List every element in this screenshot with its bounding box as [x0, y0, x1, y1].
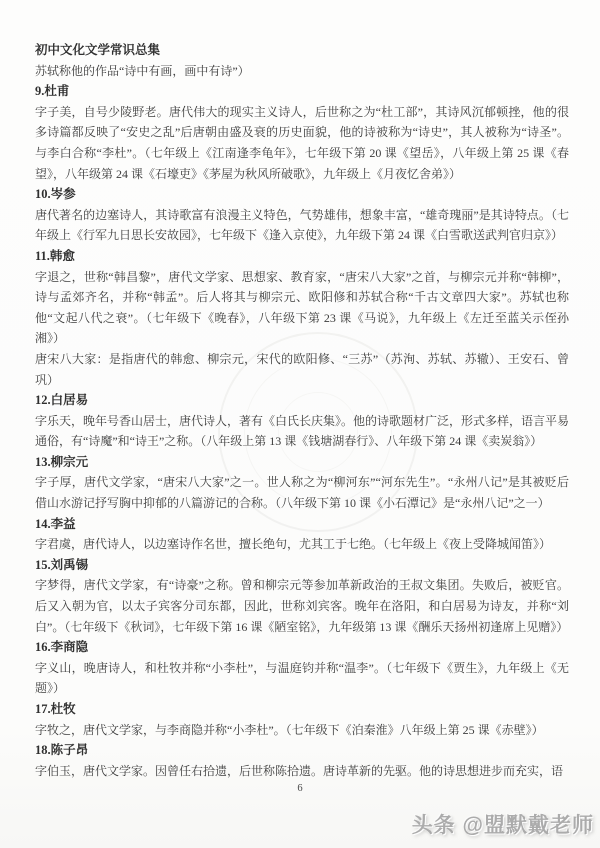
entry-heading-baijuyi: 12.白居易: [35, 390, 569, 411]
entry-paragraph-hanyu: 字退之，世称“韩昌黎”，唐代文学家、思想家、教育家，“唐宋八大家”之首，与柳宗元…: [35, 267, 569, 349]
entry-heading-liuyuxi: 15.刘禹锡: [35, 555, 569, 576]
entry-paragraph-lishangyin: 字义山，晚唐诗人，和杜牧并称“小李杜”，与温庭钧并称“温李”。（七年级下《贾生》…: [35, 658, 569, 699]
entry-heading-dumu: 17.杜牧: [35, 699, 569, 720]
document-content: 初中文化文学常识总集 苏轼称他的作品“诗中有画，画中有诗”） 9.杜甫 字子美，…: [35, 40, 569, 781]
entry-paragraph-liuzongyuan: 字子厚，唐代文学家，“唐宋八大家”之一。世人称之为“柳河东”“河东先生”。“永州…: [35, 472, 569, 513]
entry-paragraph-liyi: 字君虞，唐代诗人，以边塞诗作名世，擅长绝句，尤其工于七绝。（七年级上《夜上受降城…: [35, 534, 569, 555]
entry-heading-dufu: 9.杜甫: [35, 81, 569, 102]
entry-heading-chenziang: 18.陈子昂: [35, 740, 569, 761]
entry-paragraph-censhen: 唐代著名的边塞诗人，其诗歌富有浪漫主义特色，气势雄伟，想象丰富，“雄奇瑰丽”是其…: [35, 205, 569, 246]
entry-heading-lishangyin: 16.李商隐: [35, 637, 569, 658]
entry-paragraph-baijuyi: 字乐天，晚年号香山居士，唐代诗人，著有《白氏长庆集》。他的诗歌题材广泛，形式多样…: [35, 411, 569, 452]
entry-paragraph-dufu: 字子美，自号少陵野老。唐代伟大的现实主义诗人，后世称之为“杜工部”，其诗风沉郁顿…: [35, 102, 569, 184]
entry-paragraph-liuyuxi: 字梦得，唐代文学家，有“诗豪”之称。曾和柳宗元等参加革新政治的王叔文集团。失败后…: [35, 575, 569, 637]
entry-heading-liuzongyuan: 13.柳宗元: [35, 452, 569, 473]
page-number: 6: [0, 783, 600, 794]
entry-paragraph-chenziang: 字伯玉，唐代文学家。因曾任右拾遗，后世称陈拾遗。唐诗革新的先驱。他的诗思想进步而…: [35, 761, 569, 782]
entry-paragraph-dumu: 字牧之，唐代文学家，与李商隐并称“小李杜”。（七年级下《泊秦淮》八年级上第 25…: [35, 720, 569, 741]
paragraph-tangsong-badajia: 唐宋八大家：是指唐代的韩愈、柳宗元，宋代的欧阳修、“三苏”（苏洵、苏轼、苏辙）、…: [35, 349, 569, 390]
page-title: 初中文化文学常识总集: [35, 40, 569, 61]
entry-heading-hanyu: 11.韩愈: [35, 246, 569, 267]
watermark-credit: 头条 @盟默戴老师: [412, 809, 594, 839]
entry-heading-censhen: 10.岑参: [35, 184, 569, 205]
entry-heading-liyi: 14.李益: [35, 514, 569, 535]
document-page: 初中文化文学常识总集 苏轼称他的作品“诗中有画，画中有诗”） 9.杜甫 字子美，…: [0, 0, 600, 848]
intro-paragraph: 苏轼称他的作品“诗中有画，画中有诗”）: [35, 61, 569, 82]
